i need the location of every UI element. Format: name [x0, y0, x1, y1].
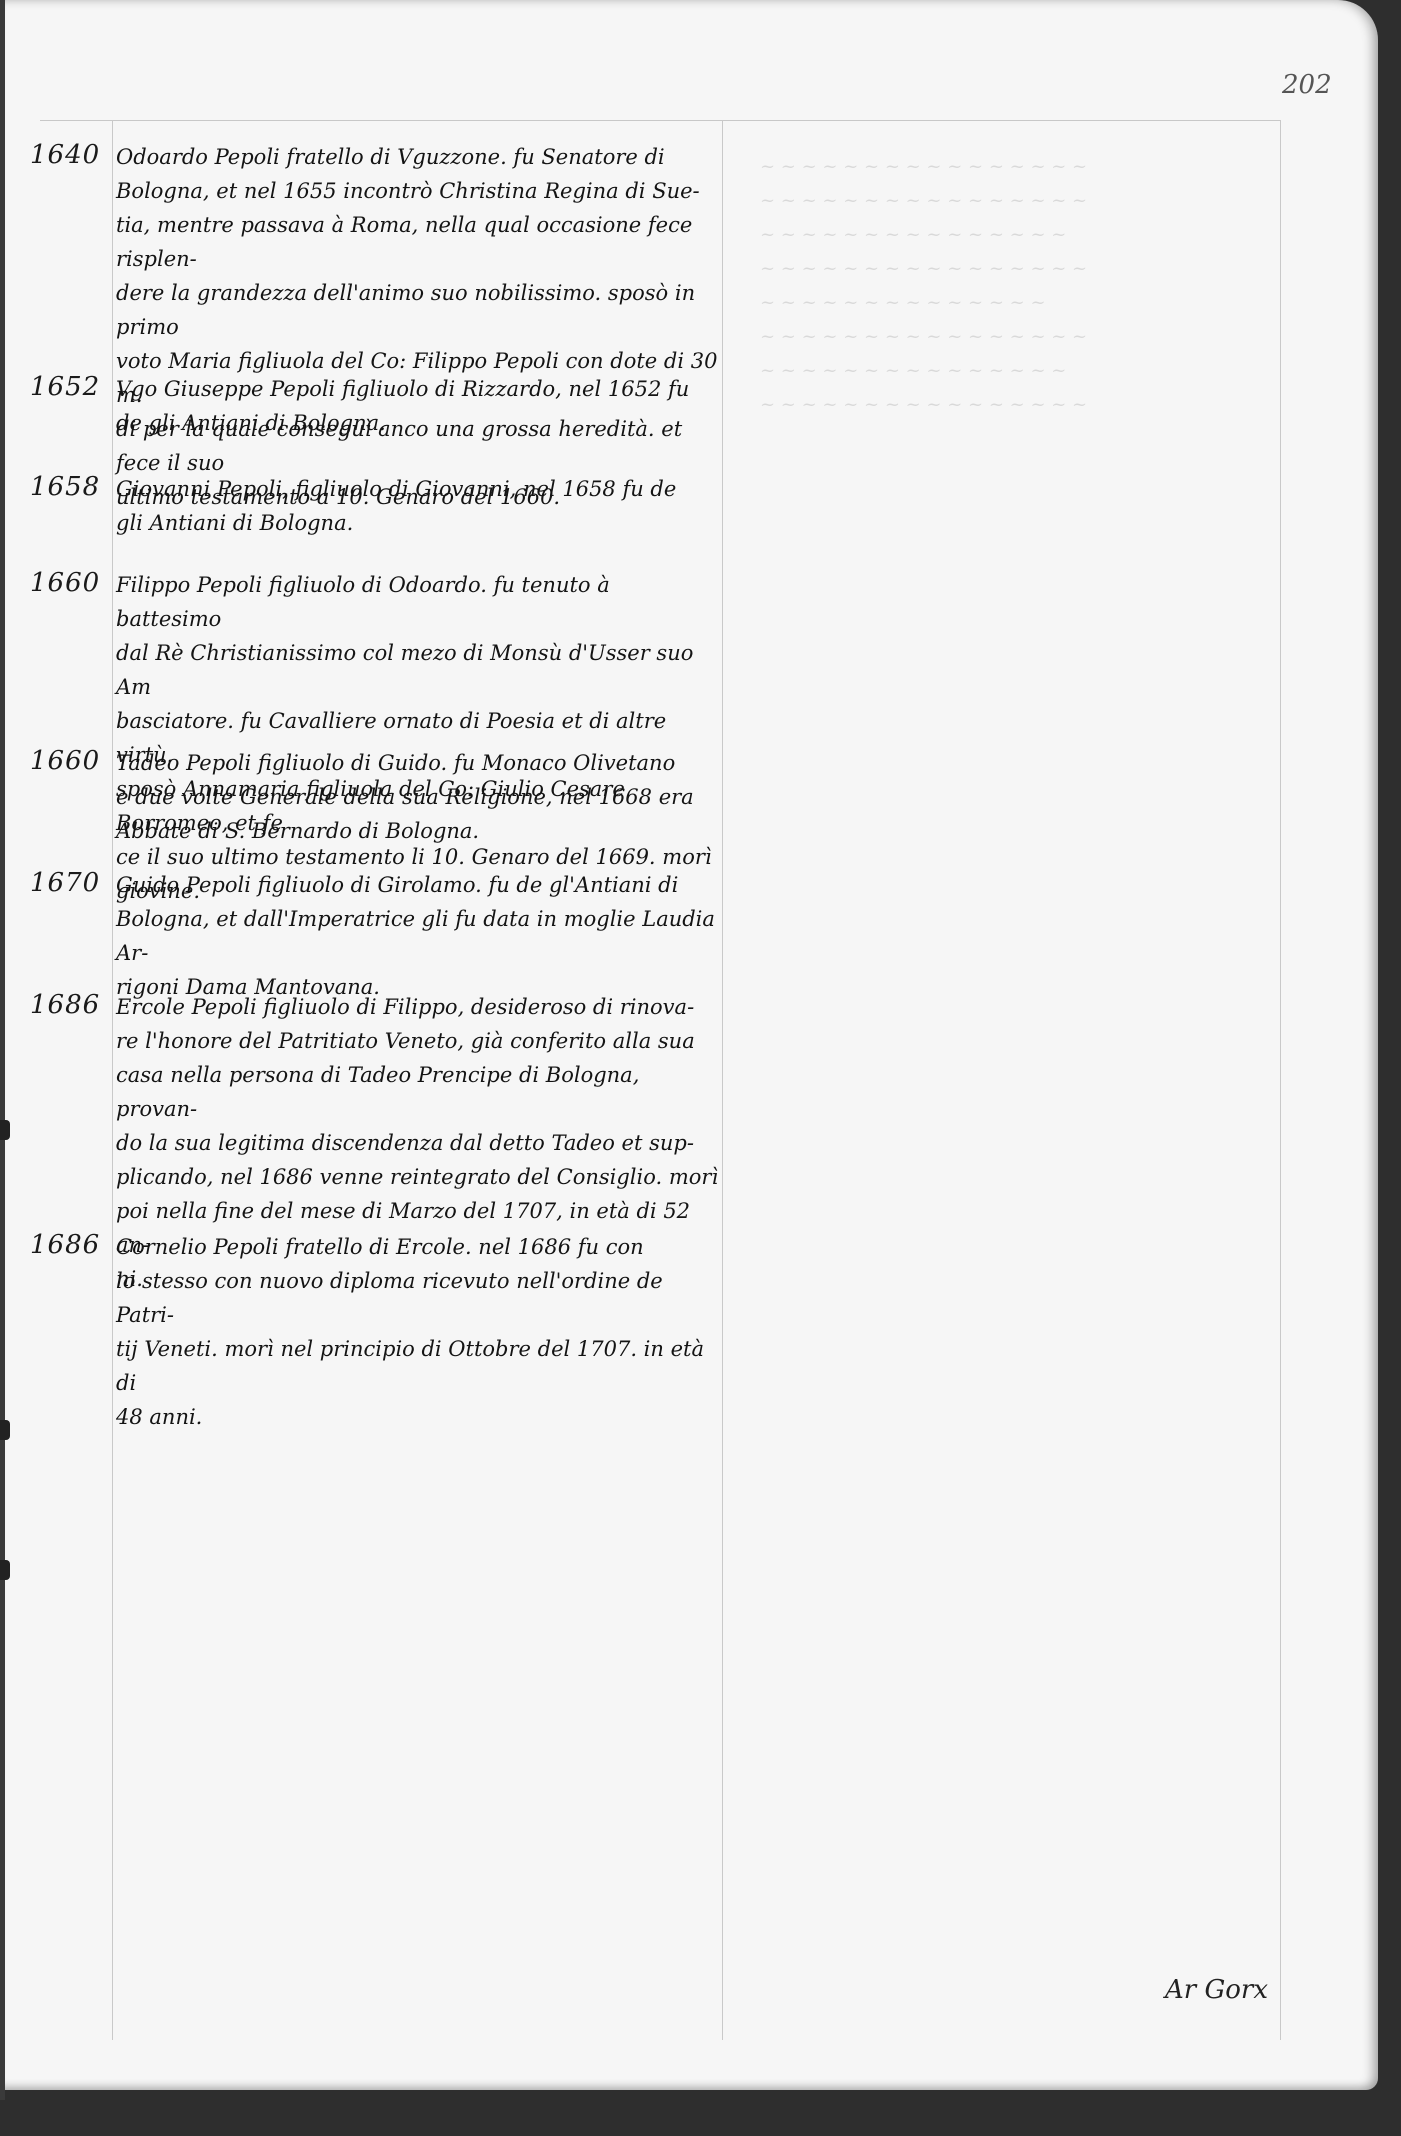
manuscript-page: 202 ~ ~ ~ ~ ~ ~ ~ ~ ~ ~ ~ ~ ~ ~ ~ ~ ~ ~ …: [0, 0, 1378, 2090]
text-line: tij Veneti. morì nel principio di Ottobr…: [116, 1332, 720, 1400]
entry-text: Cornelio Pepoli fratello di Ercole. nel …: [116, 1230, 720, 1434]
text-line: 48 anni.: [116, 1400, 720, 1434]
text-line: Abbate di S. Bernardo di Bologna.: [116, 814, 720, 848]
text-line: de gli Antiani di Bologna.: [116, 406, 720, 440]
text-line: lo stesso con nuovo diploma ricevuto nel…: [116, 1264, 720, 1332]
text-line: Filippo Pepoli figliuolo di Odoardo. fu …: [116, 568, 720, 636]
text-line: Giovanni Pepoli, figliuolo di Giovanni, …: [116, 472, 720, 506]
text-line: e due volte Generale della sua Religione…: [116, 780, 720, 814]
text-line: Cornelio Pepoli fratello di Ercole. nel …: [116, 1230, 720, 1264]
genealogy-entry: 1670 Guido Pepoli figliuolo di Girolamo.…: [30, 868, 720, 1004]
entry-year: 1660: [30, 568, 100, 598]
bleed-line: ~ ~ ~ ~ ~ ~ ~ ~ ~ ~ ~ ~ ~ ~ ~: [760, 354, 1280, 388]
entry-text: Filippo Pepoli figliuolo di Odoardo. fu …: [116, 568, 720, 908]
text-line: Bologna, et dall'Imperatrice gli fu data…: [116, 902, 720, 970]
binding-mark: [0, 1420, 10, 1440]
entry-year: 1660: [30, 746, 100, 776]
ruled-frame-top: [40, 120, 1280, 121]
entry-year: 1652: [30, 372, 100, 402]
entry-text: Tadeo Pepoli figliuolo di Guido. fu Mona…: [116, 746, 720, 848]
entry-year: 1686: [30, 990, 100, 1020]
entry-year: 1640: [30, 140, 100, 170]
binding-mark: [0, 1120, 10, 1140]
text-line: dere la grandezza dell'animo suo nobilis…: [116, 276, 720, 344]
text-line: plicando, nel 1686 venne reintegrato del…: [116, 1160, 720, 1194]
text-line: Bologna, et nel 1655 incontrò Christina …: [116, 174, 720, 208]
text-line: dal Rè Christianissimo col mezo di Monsù…: [116, 636, 720, 704]
entry-text: Vgo Giuseppe Pepoli figliuolo di Rizzard…: [116, 372, 720, 440]
bleed-line: ~ ~ ~ ~ ~ ~ ~ ~ ~ ~ ~ ~ ~ ~: [760, 286, 1280, 320]
center-column-rule: [722, 120, 723, 2040]
bleed-line: ~ ~ ~ ~ ~ ~ ~ ~ ~ ~ ~ ~ ~ ~ ~ ~: [760, 184, 1280, 218]
signature: Ar Gorx: [1165, 1975, 1268, 2005]
bleed-line: ~ ~ ~ ~ ~ ~ ~ ~ ~ ~ ~ ~ ~ ~ ~ ~: [760, 150, 1280, 184]
text-line: re l'honore del Patritiato Veneto, già c…: [116, 1024, 720, 1058]
bleed-line: ~ ~ ~ ~ ~ ~ ~ ~ ~ ~ ~ ~ ~ ~ ~: [760, 218, 1280, 252]
text-line: casa nella persona di Tadeo Prencipe di …: [116, 1058, 720, 1126]
bleed-line: ~ ~ ~ ~ ~ ~ ~ ~ ~ ~ ~ ~ ~ ~ ~ ~: [760, 388, 1280, 422]
genealogy-entry: 1658 Giovanni Pepoli, figliuolo di Giova…: [30, 472, 720, 540]
text-line: Ercole Pepoli figliuolo di Filippo, desi…: [116, 990, 720, 1024]
entry-year: 1658: [30, 472, 100, 502]
entry-text: Odoardo Pepoli fratello di Vguzzone. fu …: [116, 140, 720, 514]
genealogy-entry: 1660 Filippo Pepoli figliuolo di Odoardo…: [30, 568, 720, 908]
genealogy-entry: 1640 Odoardo Pepoli fratello di Vguzzone…: [30, 140, 720, 514]
entry-year: 1686: [30, 1230, 100, 1260]
text-line: Tadeo Pepoli figliuolo di Guido. fu Mona…: [116, 746, 720, 780]
folio-number: 202: [1282, 70, 1332, 100]
text-line: gli Antiani di Bologna.: [116, 506, 720, 540]
bleed-line: ~ ~ ~ ~ ~ ~ ~ ~ ~ ~ ~ ~ ~ ~ ~ ~: [760, 320, 1280, 354]
entry-year: 1670: [30, 868, 100, 898]
genealogy-entry: 1660 Tadeo Pepoli figliuolo di Guido. fu…: [30, 746, 720, 848]
genealogy-entry: 1652 Vgo Giuseppe Pepoli figliuolo di Ri…: [30, 372, 720, 440]
right-margin-rule: [1280, 120, 1281, 2040]
text-line: Vgo Giuseppe Pepoli figliuolo di Rizzard…: [116, 372, 720, 406]
bleed-line: ~ ~ ~ ~ ~ ~ ~ ~ ~ ~ ~ ~ ~ ~ ~ ~: [760, 252, 1280, 286]
genealogy-entry: 1686 Cornelio Pepoli fratello di Ercole.…: [30, 1230, 720, 1434]
page-left-edge: [0, 0, 5, 2100]
binding-mark: [0, 1560, 10, 1580]
text-line: tia, mentre passava à Roma, nella qual o…: [116, 208, 720, 276]
text-line: Guido Pepoli figliuolo di Girolamo. fu d…: [116, 868, 720, 902]
bleed-through-text: ~ ~ ~ ~ ~ ~ ~ ~ ~ ~ ~ ~ ~ ~ ~ ~ ~ ~ ~ ~ …: [760, 150, 1280, 422]
entry-text: Guido Pepoli figliuolo di Girolamo. fu d…: [116, 868, 720, 1004]
text-line: do la sua legitima discendenza dal detto…: [116, 1126, 720, 1160]
entry-text: Giovanni Pepoli, figliuolo di Giovanni, …: [116, 472, 720, 540]
text-line: Odoardo Pepoli fratello di Vguzzone. fu …: [116, 140, 720, 174]
